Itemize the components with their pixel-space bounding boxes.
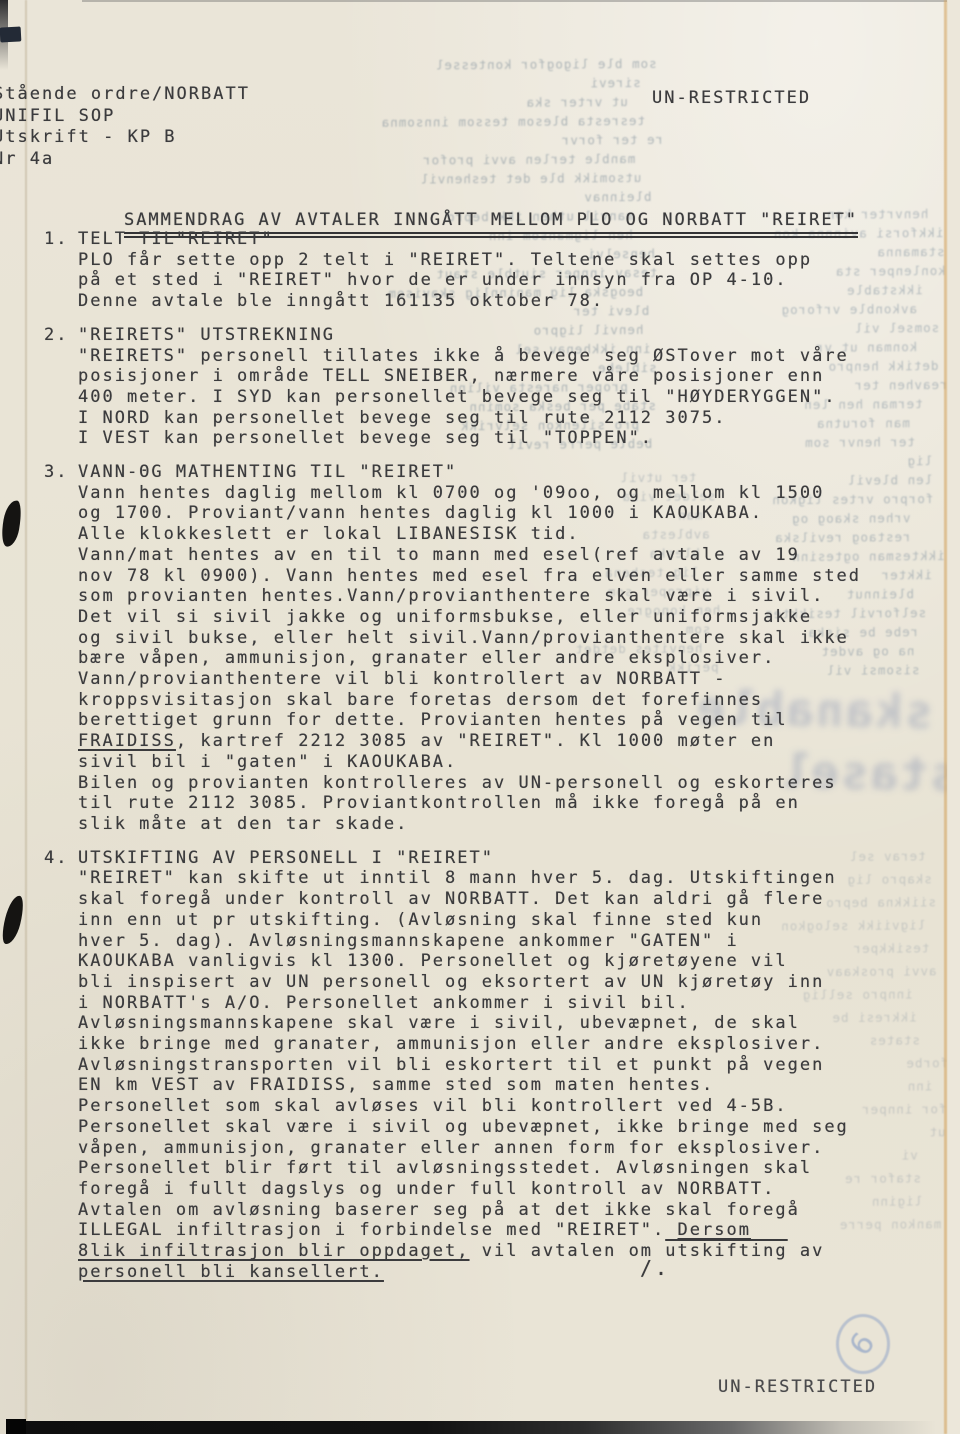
document-header: Stående ordre/NORBATTUNIFIL SOPUtskrift … [0, 84, 250, 170]
body-line: Denne avtale ble inngått 161135 oktober … [78, 291, 932, 312]
section-heading: UTSKIFTING AV PERSONELL I "REIRET" [78, 848, 932, 869]
body-line: ILLEGAL infiltrasjon i forbindelse med "… [78, 1220, 932, 1241]
body-line: posisjoner i område TELL SNEIBER, nærmer… [78, 366, 932, 387]
body-line: til rute 2112 3085. Proviantkontrollen m… [78, 793, 932, 814]
scan-edge-bar [6, 1421, 936, 1434]
header-line: UNIFIL SOP [0, 106, 250, 128]
section-text: "REIRETS" UTSTREKNING "REIRETS" personel… [78, 325, 932, 449]
page-number-stamp-digit: 6 [843, 1326, 883, 1362]
body-line: Avløsningsmannskapene skal være i sivil,… [78, 1013, 932, 1034]
section-number: 1. [44, 229, 78, 312]
body-line: slik måte at den tar skade. [78, 814, 932, 835]
ink-blob [0, 499, 24, 548]
page-separator-mark: /. [640, 1256, 670, 1280]
section-lines: PLO får sette opp 2 telt i "REIRET". Tel… [78, 250, 932, 312]
body-line: EN km VEST av FRAIDISS, samme sted som m… [78, 1075, 932, 1096]
body-line: Vann/provianthentere vil bli kontrollert… [78, 669, 932, 690]
body-line: Avtalen om avløsning baserer seg på at d… [78, 1200, 932, 1221]
section-lines: "REIRET" kan skifte ut inntil 8 mann hve… [78, 868, 932, 1282]
section: 4. UTSKIFTING AV PERSONELL I "REIRET" "R… [44, 848, 932, 1283]
body-line: ikke bringe med granater, ammunisjon ell… [78, 1034, 932, 1055]
section-heading: TELT TIL"REIRET" [78, 229, 932, 250]
body-line: KAOUKABA vanligvis kl 1300. Personellet … [78, 951, 932, 972]
ink-mark [0, 26, 21, 42]
body-line: inn enn ut pr utskifting. (Avløsning ska… [78, 910, 932, 931]
body-line: "REIRETS" personell tillates ikke å beve… [78, 346, 932, 367]
body-line: som provianten hentes.Vann/provianthente… [78, 586, 932, 607]
body-line: bli inspisert av UN personell og eksorte… [78, 972, 932, 993]
header-line: Nr 4a [0, 149, 250, 171]
body-line: kroppsvisitasjon skal bare foretas derso… [78, 690, 932, 711]
body-line: Bilen og provianten kontrolleres av UN-p… [78, 773, 932, 794]
body-line: Alle klokkeslett er lokal LIBANESISK tid… [78, 524, 932, 545]
section: 1. TELT TIL"REIRET" PLO får sette opp 2 … [44, 229, 932, 312]
body-line: Vann hentes daglig mellom kl 0700 og '09… [78, 483, 932, 504]
document-page: som ble ligogfor kontesselsireviut vrter… [0, 0, 960, 1434]
body-line: våpen, ammunisjon, granater eller annen … [78, 1138, 932, 1159]
body-line: 8lik infiltrasjon blir oppdaget, vil avt… [78, 1241, 932, 1262]
paper-crease [944, 0, 947, 1434]
body-line: Avløsningstransporten vil bli eskortert … [78, 1055, 932, 1076]
header-line: Stående ordre/NORBATT [0, 84, 250, 106]
body-line: berettiget grunn for dette. Provianten h… [78, 710, 932, 731]
body-line: Personellet blir ført til avløsningssted… [78, 1158, 932, 1179]
body-line: Personellet skal være i sivil og ubevæpn… [78, 1117, 932, 1138]
section-number: 3. [44, 462, 78, 835]
body-line: I VEST kan personellet bevege seg til "T… [78, 428, 932, 449]
body-line: og sivil bukse, eller helt sivil.Vann/pr… [78, 628, 932, 649]
section-text: VANN-ΘG MATHENTING TIL "REIRET" Vann hen… [78, 462, 932, 835]
ink-blob [0, 894, 27, 946]
section: 3. VANN-ΘG MATHENTING TIL "REIRET" Vann … [44, 462, 932, 835]
body-line: og 1700. Proviant/vann hentes daglig kl … [78, 503, 932, 524]
section-number: 4. [44, 848, 78, 1283]
body-line: Vann/mat hentes av en til to mann med es… [78, 545, 932, 566]
section-heading: "REIRETS" UTSTREKNING [78, 325, 932, 346]
body-line: Personellet som skal avløses vil bli kon… [78, 1096, 932, 1117]
body-line: hver 5. dag). Avløsningsmannskapene anko… [78, 931, 932, 952]
classification-bottom: UN-RESTRICTED [718, 1377, 877, 1397]
body-line: foregå i fullt dagslys og under full kon… [78, 1179, 932, 1200]
paper-edge [947, 0, 960, 1434]
body-line: Det vil si sivil jakke og uniformsbukse,… [78, 607, 932, 628]
body-line: nov 78 kl 0900). Vann hentes med esel fr… [78, 566, 932, 587]
body-line: sivil bil i "gaten" i KAOUKABA. [78, 752, 932, 773]
section: 2. "REIRETS" UTSTREKNING "REIRETS" perso… [44, 325, 932, 449]
section-text: UTSKIFTING AV PERSONELL I "REIRET" "REIR… [78, 848, 932, 1283]
body-line: PLO får sette opp 2 telt i "REIRET". Tel… [78, 250, 932, 271]
body-line: skal foregå under kontroll av NORBATT. D… [78, 889, 932, 910]
section-text: TELT TIL"REIRET" PLO får sette opp 2 tel… [78, 229, 932, 312]
page-number-stamp: 6 [836, 1314, 890, 1374]
paper-crease [25, 0, 27, 1434]
body-line: "REIRET" kan skifte ut inntil 8 mann hve… [78, 868, 932, 889]
body-line: bære våpen, ammunisjon, granater eller a… [78, 648, 932, 669]
scan-edge-line [82, 0, 960, 2]
body-line: 400 meter. I SYD kan personellet bevege … [78, 387, 932, 408]
body-line: i NORBATT's A/O. Personellet ankommer i … [78, 993, 932, 1014]
classification-top: UN-RESTRICTED [652, 88, 811, 108]
body-line: FRAIDISS, kartref 2212 3085 av "REIRET".… [78, 731, 932, 752]
section-number: 2. [44, 325, 78, 449]
section-lines: Vann hentes daglig mellom kl 0700 og '09… [78, 483, 932, 835]
document-body: 1. TELT TIL"REIRET" PLO får sette opp 2 … [44, 229, 932, 1295]
section-lines: "REIRETS" personell tillates ikke å beve… [78, 346, 932, 450]
section-heading: VANN-ΘG MATHENTING TIL "REIRET" [78, 462, 932, 483]
body-line: på et sted i "REIRET" hvor de er under i… [78, 270, 932, 291]
body-line: I NORD kan personellet bevege seg til ru… [78, 408, 932, 429]
header-line: Utskrift - KP B [0, 127, 250, 149]
body-line: personell bli kansellert. [78, 1262, 932, 1283]
